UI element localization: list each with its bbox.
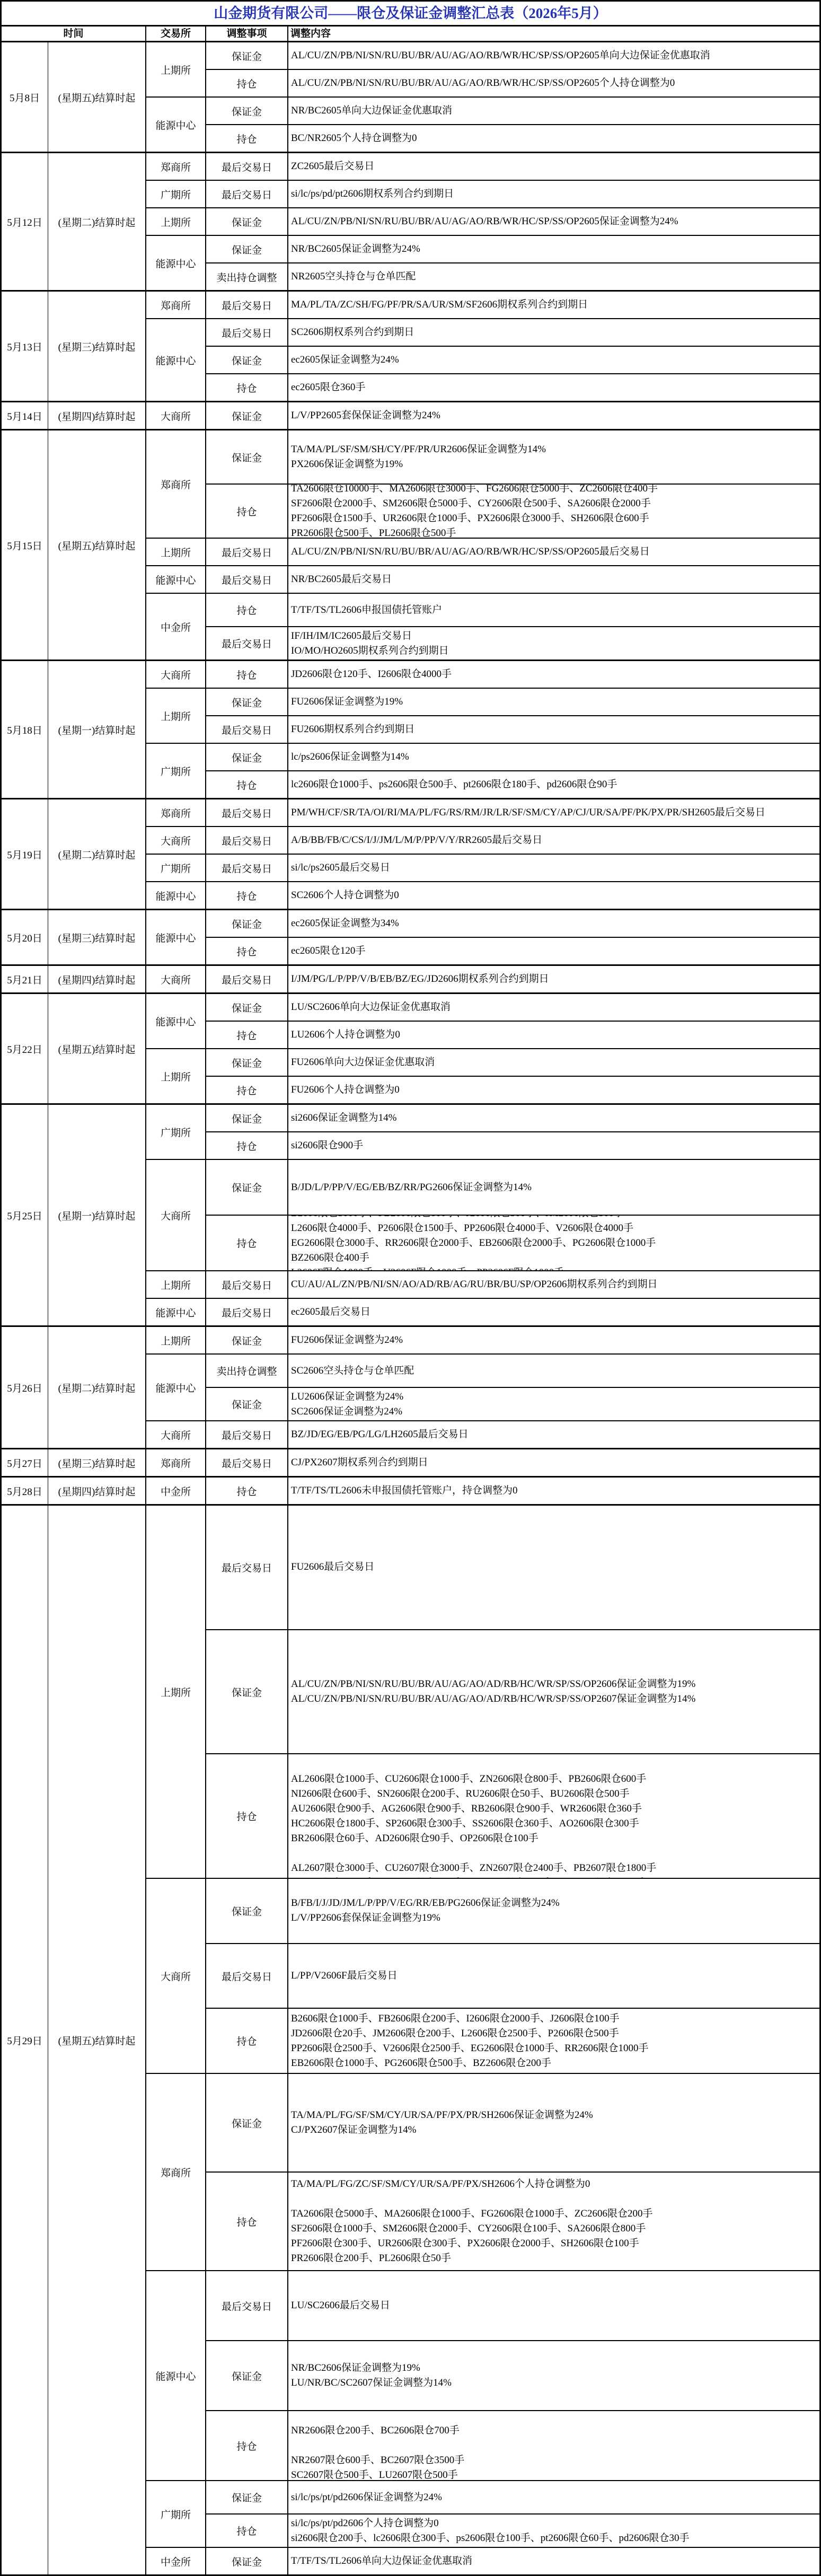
exchange-rows: 郑商所最后交易日PM/WH/CF/SR/TA/OI/RI/MA/PL/FG/RS… xyxy=(146,799,819,909)
date-group: 5月12日(星期二)结算时起郑商所最后交易日ZC2605最后交易日广期所最后交易… xyxy=(2,152,819,290)
item-rows: 持仓T/TF/TS/TL2606未申报国债托管账户，持仓调整为0 xyxy=(206,1478,819,1504)
content-line: SC2606个人持仓调整为0 xyxy=(291,888,817,903)
adjustment-row: 最后交易日FU2606期权系列合约到期日 xyxy=(206,715,819,743)
settlement-note-cell: (星期五)结算时起 xyxy=(48,430,146,660)
settlement-note-cell: (星期二)结算时起 xyxy=(48,1327,146,1448)
date-group: 5月18日(星期一)结算时起大商所持仓JD2606限仓120手、I2606限仓4… xyxy=(2,660,819,798)
adjustment-row: 持仓LU2606个人持仓调整为0 xyxy=(206,1021,819,1048)
date-group: 5月13日(星期三)结算时起郑商所最后交易日MA/PL/TA/ZC/SH/FG/… xyxy=(2,290,819,401)
adjustment-content-cell: AL/CU/ZN/PB/NI/SN/RU/BU/BR/AU/AG/AO/RB/W… xyxy=(288,208,819,235)
adjustment-item-cell: 保证金 xyxy=(206,689,288,715)
exchange-cell: 能源中心 xyxy=(146,2271,206,2480)
content-line: T/TF/TS/TL2606未申报国债托管账户，持仓调整为0 xyxy=(291,1483,817,1498)
adjustment-row: 持仓ec2605限仓360手 xyxy=(206,373,819,401)
exchange-row: 能源中心最后交易日SC2606期权系列合约到期日保证金ec2605保证金调整为2… xyxy=(146,318,819,401)
adjustment-item-cell: 最后交易日 xyxy=(206,855,288,881)
content-line xyxy=(291,1757,817,1772)
content-line: TA/MA/PL/FG/ZC/SF/SM/CY/UR/SA/PF/PX/SH26… xyxy=(291,2177,817,2192)
adjustment-content-cell: SC2606期权系列合约到期日 xyxy=(288,319,819,346)
content-line: NR/BC2606保证金调整为19% xyxy=(291,2361,817,2376)
date-group: 5月19日(星期二)结算时起郑商所最后交易日PM/WH/CF/SR/TA/OI/… xyxy=(2,798,819,909)
adjustment-item-cell: 持仓 xyxy=(206,2009,288,2073)
exchange-row: 上期所最后交易日CU/AU/AL/ZN/PB/NI/SN/AO/AD/RB/AG… xyxy=(146,1270,819,1298)
adjustment-content-cell: si/lc/ps/pt/pd2606个人持仓调整为0si2606限仓200手、l… xyxy=(288,2515,819,2547)
content-line: TA2606限仓10000手、MA2606限仓3000手、FG2606限仓500… xyxy=(291,485,817,496)
content-line: NR/BC2605最后交易日 xyxy=(291,572,817,587)
content-line: si2606保证金调整为14% xyxy=(291,1111,817,1126)
adjustment-row: 最后交易日NR/BC2605最后交易日 xyxy=(206,566,819,593)
content-line: ec2605保证金调整为24% xyxy=(291,353,817,367)
date-cell: 5月18日 xyxy=(2,661,48,798)
exchange-cell: 广期所 xyxy=(146,181,206,207)
adjustment-content-cell: L/V/PP2605套保保证金调整为24% xyxy=(288,402,819,429)
exchange-row: 能源中心保证金ec2605保证金调整为34%持仓ec2605限仓120手 xyxy=(146,910,819,964)
adjustment-item-cell: 最后交易日 xyxy=(206,319,288,346)
exchange-cell: 郑商所 xyxy=(146,1449,206,1476)
adjustment-content-cell: A/B/BB/FB/C/CS/I/J/JM/L/M/P/PP/V/Y/RR260… xyxy=(288,827,819,854)
item-rows: 最后交易日FU2606最后交易日保证金AL/CU/ZN/PB/NI/SN/RU/… xyxy=(206,1506,819,1878)
content-line: TA2606限仓5000手、MA2606限仓1000手、FG2606限仓1000… xyxy=(291,2206,817,2221)
content-line: FU2606保证金调整为24% xyxy=(291,1333,817,1348)
adjustment-item-cell: 最后交易日 xyxy=(206,566,288,593)
content-line: PP2606限仓2500手、V2606限仓2500手、EG2606限仓1000手… xyxy=(291,2041,817,2056)
adjustment-content-cell: NR/BC2605最后交易日 xyxy=(288,566,819,593)
adjustment-row: 保证金T/TF/TS/TL2606单向大边保证金优惠取消 xyxy=(206,2548,819,2574)
adjustment-row: 持仓TA2606限仓10000手、MA2606限仓3000手、FG2606限仓5… xyxy=(206,483,819,538)
exchange-row: 能源中心保证金NR/BC2605保证金调整为24%卖出持仓调整NR2605空头持… xyxy=(146,235,819,290)
adjustment-item-cell: 保证金 xyxy=(206,2481,288,2513)
adjustment-row: 保证金NR/BC2605单向大边保证金优惠取消 xyxy=(206,98,819,124)
exchange-cell: 大商所 xyxy=(146,966,206,992)
adjustment-item-cell: 卖出持仓调整 xyxy=(206,263,288,290)
content-line xyxy=(291,2173,817,2177)
content-line: PF2606限仓1500手、UR2606限仓1000手、PX2606限仓3000… xyxy=(291,511,817,526)
adjustment-row: 保证金NR/BC2605保证金调整为24% xyxy=(206,236,819,262)
content-line: EB2606限仓1000手、PG2606限仓500手、BZ2606限仓200手 xyxy=(291,2056,817,2071)
content-line xyxy=(291,2192,817,2206)
content-line: si/lc/ps/pt/pd2606个人持仓调整为0 xyxy=(291,2516,817,2531)
date-group: 5月20日(星期三)结算时起能源中心保证金ec2605保证金调整为34%持仓ec… xyxy=(2,909,819,964)
date-cell: 5月15日 xyxy=(2,430,48,660)
content-line: LU/NR/BC/SC2607保证金调整为14% xyxy=(291,2376,817,2390)
content-line: NR2606限仓200手、BC2606限仓700手 xyxy=(291,2423,817,2438)
adjustment-content-cell: ec2605限仓120手 xyxy=(288,938,819,964)
adjustment-content-cell: NR2605空头持仓与仓单匹配 xyxy=(288,263,819,290)
adjustment-content-cell: si/lc/ps2605最后交易日 xyxy=(288,855,819,881)
table-body: 5月8日(星期五)结算时起上期所保证金AL/CU/ZN/PB/NI/SN/RU/… xyxy=(2,42,819,2574)
exchange-rows: 能源中心保证金ec2605保证金调整为34%持仓ec2605限仓120手 xyxy=(146,910,819,964)
exchange-cell: 能源中心 xyxy=(146,98,206,152)
adjustment-content-cell: si2606保证金调整为14% xyxy=(288,1105,819,1131)
exchange-rows: 郑商所最后交易日MA/PL/TA/ZC/SH/FG/PF/PR/SA/UR/SM… xyxy=(146,292,819,401)
content-line xyxy=(291,1846,817,1861)
exchange-row: 郑商所最后交易日ZC2605最后交易日 xyxy=(146,153,819,180)
adjustment-item-cell: 最后交易日 xyxy=(206,716,288,743)
item-rows: 最后交易日SC2606期权系列合约到期日保证金ec2605保证金调整为24%持仓… xyxy=(206,319,819,401)
exchange-cell: 广期所 xyxy=(146,744,206,798)
item-rows: 最后交易日PM/WH/CF/SR/TA/OI/RI/MA/PL/FG/RS/RM… xyxy=(206,799,819,826)
exchange-row: 广期所最后交易日si/lc/ps2605最后交易日 xyxy=(146,854,819,881)
exchange-rows: 能源中心保证金LU/SC2606单向大边保证金优惠取消持仓LU2606个人持仓调… xyxy=(146,994,819,1103)
adjustment-content-cell: CJ/PX2607期权系列合约到期日 xyxy=(288,1449,819,1476)
adjustment-item-cell: 最后交易日 xyxy=(206,539,288,565)
adjustment-item-cell: 持仓 xyxy=(206,2411,288,2480)
adjustment-item-cell: 最后交易日 xyxy=(206,1271,288,1298)
adjustment-row: 持仓JD2606限仓120手、I2606限仓4000手 xyxy=(206,661,819,688)
adjustment-row: 最后交易日BZ/JD/EG/EB/PG/LG/LH2605最后交易日 xyxy=(206,1421,819,1448)
adjustment-row: 持仓SC2606个人持仓调整为0 xyxy=(206,882,819,909)
exchange-row: 大商所最后交易日I/JM/PG/L/P/PP/V/B/EB/BZ/EG/JD26… xyxy=(146,966,819,992)
adjustment-item-cell: 持仓 xyxy=(206,1077,288,1103)
adjustment-item-cell: 保证金 xyxy=(206,402,288,429)
content-line: CJ/PX2607期权系列合约到期日 xyxy=(291,1455,817,1470)
settlement-note-cell: (星期四)结算时起 xyxy=(48,402,146,429)
item-rows: 保证金AL/CU/ZN/PB/NI/SN/RU/BU/BR/AU/AG/AO/R… xyxy=(206,42,819,96)
adjustment-content-cell: BZ/JD/EG/EB/PG/LG/LH2605最后交易日 xyxy=(288,1421,819,1448)
exchange-row: 大商所保证金B/JD/L/P/PP/V/EG/EB/BZ/RR/PG2606保证… xyxy=(146,1159,819,1270)
adjustment-item-cell: 持仓 xyxy=(206,1216,288,1270)
adjustment-row: 保证金LU2606保证金调整为24%SC2606保证金调整为24% xyxy=(206,1387,819,1420)
content-line: CJ/PX2607保证金调整为14% xyxy=(291,2123,817,2138)
settlement-note-cell: (星期一)结算时起 xyxy=(48,1105,146,1325)
adjustment-row: 保证金ec2605保证金调整为34% xyxy=(206,910,819,937)
date-cell: 5月26日 xyxy=(2,1327,48,1448)
exchange-cell: 郑商所 xyxy=(146,292,206,318)
exchange-cell: 能源中心 xyxy=(146,994,206,1048)
content-line: SF2606限仓2000手、SM2606限仓5000手、CY2606限仓500手… xyxy=(291,496,817,511)
adjustment-content-cell: CU/AU/AL/ZN/PB/NI/SN/AO/AD/RB/AG/RU/BR/B… xyxy=(288,1271,819,1298)
content-line: ec2605限仓120手 xyxy=(291,944,817,959)
exchange-cell: 能源中心 xyxy=(146,910,206,964)
date-cell: 5月29日 xyxy=(2,1506,48,2574)
exchange-row: 郑商所最后交易日PM/WH/CF/SR/TA/OI/RI/MA/PL/FG/RS… xyxy=(146,799,819,826)
adjustment-row: 最后交易日MA/PL/TA/ZC/SH/FG/PF/PR/SA/UR/SM/SF… xyxy=(206,292,819,318)
exchange-row: 上期所最后交易日AL/CU/ZN/PB/NI/SN/RU/BU/BR/AU/AG… xyxy=(146,538,819,565)
adjustment-item-cell: 最后交易日 xyxy=(206,153,288,180)
settlement-note-cell: (星期二)结算时起 xyxy=(48,153,146,290)
date-cell: 5月8日 xyxy=(2,42,48,152)
date-cell: 5月27日 xyxy=(2,1449,48,1476)
content-line: ec2605保证金调整为34% xyxy=(291,916,817,931)
adjustment-row: 持仓FU2606个人持仓调整为0 xyxy=(206,1076,819,1103)
date-cell: 5月14日 xyxy=(2,402,48,429)
content-line: PX2606保证金调整为19% xyxy=(291,457,817,472)
content-line: EG2606限仓3000手、RR2606限仓2000手、EB2606限仓2000… xyxy=(291,1236,817,1251)
exchange-cell: 大商所 xyxy=(146,402,206,429)
adjustment-content-cell: lc2606限仓1000手、ps2606限仓500手、pt2606限仓180手、… xyxy=(288,771,819,798)
content-line: A/B/BB/FB/C/CS/I/J/JM/L/M/P/PP/V/Y/RR260… xyxy=(291,833,817,848)
date-group: 5月28日(星期四)结算时起中金所持仓T/TF/TS/TL2606未申报国债托管… xyxy=(2,1476,819,1504)
exchange-row: 中金所保证金T/TF/TS/TL2606单向大边保证金优惠取消 xyxy=(146,2547,819,2574)
adjustment-row: 保证金AL/CU/ZN/PB/NI/SN/RU/BU/BR/AU/AG/AO/R… xyxy=(206,42,819,69)
content-line: JD2606限仓120手、I2606限仓4000手 xyxy=(291,667,817,682)
adjustment-row: 最后交易日I/JM/PG/L/P/PP/V/B/EB/BZ/EG/JD2606期… xyxy=(206,966,819,992)
exchange-rows: 大商所最后交易日I/JM/PG/L/P/PP/V/B/EB/BZ/EG/JD26… xyxy=(146,966,819,992)
exchange-row: 上期所保证金FU2606单向大边保证金优惠取消持仓FU2606个人持仓调整为0 xyxy=(146,1048,819,1103)
adjustment-row: 持仓BC2606调整为5手的整倍数NR2606调整为10手的整倍数 NR2606… xyxy=(206,2410,819,2480)
item-rows: 保证金TA/MA/PL/FG/SF/SM/CY/UR/SA/PF/PX/PR/S… xyxy=(206,2074,819,2270)
adjustment-content-cell: lc/ps2606保证金调整为14% xyxy=(288,744,819,770)
adjustment-content-cell: B/FB/I/J/JD/JM/L/P/PP/V/EG/RR/EB/PG2606保… xyxy=(288,1879,819,1943)
exchange-row: 郑商所最后交易日MA/PL/TA/ZC/SH/FG/PF/PR/SA/UR/SM… xyxy=(146,292,819,318)
adjustment-content-cell: FU2606个人持仓调整为0 xyxy=(288,1077,819,1103)
content-line: TA/MA/PL/FG/SF/SM/CY/UR/SA/PF/PX/PR/SH26… xyxy=(291,2108,817,2123)
content-line: MA/PL/TA/ZC/SH/FG/PF/PR/SA/UR/SM/SF2606期… xyxy=(291,297,817,312)
adjustment-row: 最后交易日si/lc/ps2605最后交易日 xyxy=(206,855,819,881)
adjustment-row: 保证金AL/CU/ZN/PB/NI/SN/RU/BU/BR/AU/AG/AO/R… xyxy=(206,208,819,235)
adjustment-row: 持仓BC/NR2605个人持仓调整为0 xyxy=(206,124,819,152)
adjustment-item-cell: 持仓 xyxy=(206,1754,288,1878)
adjustment-content-cell: CY2606调整为6手整倍数，ZC2606调整为200手整倍数 TA/MA/PL… xyxy=(288,2173,819,2270)
adjustment-row: 持仓CY2606调整为6手整倍数，ZC2606调整为200手整倍数 TA/MA/… xyxy=(206,2171,819,2270)
exchange-cell: 能源中心 xyxy=(146,882,206,909)
adjustment-item-cell: 保证金 xyxy=(206,2548,288,2574)
content-line: lc/ps2606保证金调整为14% xyxy=(291,750,817,764)
adjustment-item-cell: 保证金 xyxy=(206,1879,288,1943)
adjustment-row: 卖出持仓调整NR2605空头持仓与仓单匹配 xyxy=(206,262,819,290)
adjustment-row: 最后交易日CU/AU/AL/ZN/PB/NI/SN/AO/AD/RB/AG/RU… xyxy=(206,1271,819,1298)
date-cell: 5月28日 xyxy=(2,1478,48,1504)
exchange-row: 能源中心保证金LU/SC2606单向大边保证金优惠取消持仓LU2606个人持仓调… xyxy=(146,994,819,1048)
date-group: 5月27日(星期三)结算时起郑商所最后交易日CJ/PX2607期权系列合约到期日 xyxy=(2,1448,819,1476)
adjustment-item-cell: 持仓 xyxy=(206,594,288,626)
adjustment-item-cell: 持仓 xyxy=(206,771,288,798)
item-rows: 保证金L/V/PP2605套保保证金调整为24% xyxy=(206,402,819,429)
adjustment-content-cell: T/TF/TS/TL2606单向大边保证金优惠取消 xyxy=(288,2548,819,2574)
content-line: NR2605空头持仓与仓单匹配 xyxy=(291,269,817,284)
settlement-note-cell: (星期一)结算时起 xyxy=(48,661,146,798)
exchange-row: 能源中心持仓SC2606个人持仓调整为0 xyxy=(146,881,819,909)
exchange-row: 能源中心卖出持仓调整SC2606空头持仓与仓单匹配保证金LU2606保证金调整为… xyxy=(146,1353,819,1420)
exchange-row: 大商所保证金B/FB/I/J/JD/JM/L/P/PP/V/EG/RR/EB/P… xyxy=(146,1878,819,2073)
content-line: LU2606个人持仓调整为0 xyxy=(291,1027,817,1042)
exchange-cell: 上期所 xyxy=(146,1506,206,1878)
adjustment-content-cell: ec2605保证金调整为34% xyxy=(288,910,819,937)
content-line: PR2606限仓500手、PL2606限仓500手 xyxy=(291,526,817,538)
date-cell: 5月19日 xyxy=(2,799,48,909)
column-header-content: 调整内容 xyxy=(288,27,819,41)
content-line: AL2607限仓3000手、CU2607限仓3000手、ZN2607限仓2400… xyxy=(291,1861,817,1876)
exchange-row: 能源中心保证金NR/BC2605单向大边保证金优惠取消持仓BC/NR2605个人… xyxy=(146,96,819,152)
content-line: IO/MO/HO2605期权系列合约到期日 xyxy=(291,644,817,658)
adjustment-content-cell: IF/IH/IM/IC2605最后交易日IO/MO/HO2605期权系列合约到期… xyxy=(288,627,819,660)
adjustment-row: 最后交易日FU2606最后交易日 xyxy=(206,1506,819,1629)
adjustment-row: 最后交易日ZC2605最后交易日 xyxy=(206,153,819,180)
adjustment-row: 最后交易日IF/IH/IM/IC2605最后交易日IO/MO/HO2605期权系… xyxy=(206,626,819,660)
adjustment-row: 保证金TA/MA/PL/FG/SF/SM/CY/UR/SA/PF/PX/PR/S… xyxy=(206,2074,819,2171)
adjustment-content-cell: AL/CU/ZN/PB/NI/SN/RU/BU/BR/AU/AG/AO/RB/W… xyxy=(288,539,819,565)
item-rows: 保证金si2606保证金调整为14%持仓si2606限仓900手 xyxy=(206,1105,819,1159)
settlement-note-cell: (星期四)结算时起 xyxy=(48,1478,146,1504)
adjustment-content-cell: si2606限仓900手 xyxy=(288,1132,819,1159)
content-line: SC2607限仓500手、LU2607限仓500手 xyxy=(291,2468,817,2480)
adjustment-row: 最后交易日si/lc/ps/pd/pt2606期权系列合约到期日 xyxy=(206,181,819,207)
adjustment-item-cell: 卖出持仓调整 xyxy=(206,1355,288,1387)
margin-adjustment-summary-table: 山金期货有限公司——限仓及保证金调整汇总表（2026年5月） 时间 交易所 调整… xyxy=(0,0,821,2576)
content-line: AL/CU/ZN/PB/NI/SN/RU/BU/BR/AU/AG/AO/RB/W… xyxy=(291,48,817,63)
exchange-row: 郑商所保证金TA/MA/PL/SF/SM/SH/CY/PF/PR/UR2606保… xyxy=(146,430,819,538)
adjustment-content-cell: FU2606保证金调整为19% xyxy=(288,689,819,715)
content-line: AL/CU/ZN/PB/NI/SN/RU/BU/BR/AU/AG/AO/RB/W… xyxy=(291,76,817,91)
exchange-cell: 大商所 xyxy=(146,1879,206,2073)
exchange-cell: 大商所 xyxy=(146,827,206,854)
adjustment-row: 保证金L/V/PP2605套保保证金调整为24% xyxy=(206,402,819,429)
adjustment-item-cell: 持仓 xyxy=(206,661,288,688)
exchange-cell: 中金所 xyxy=(146,594,206,660)
exchange-row: 中金所持仓T/TF/TS/TL2606未申报国债托管账户，持仓调整为0 xyxy=(146,1478,819,1504)
adjustment-content-cell: MA/PL/TA/ZC/SH/FG/PF/PR/SA/UR/SM/SF2606期… xyxy=(288,292,819,318)
content-line: AL/CU/ZN/PB/NI/SN/RU/BU/BR/AU/AG/AO/RB/W… xyxy=(291,544,817,559)
exchange-cell: 能源中心 xyxy=(146,236,206,290)
content-line: FU2606保证金调整为19% xyxy=(291,694,817,709)
exchange-row: 能源中心最后交易日ec2605最后交易日 xyxy=(146,1298,819,1325)
exchange-cell: 上期所 xyxy=(146,1049,206,1103)
content-line: FU2606个人持仓调整为0 xyxy=(291,1083,817,1097)
exchange-row: 上期所保证金AL/CU/ZN/PB/NI/SN/RU/BU/BR/AU/AG/A… xyxy=(146,207,819,235)
adjustment-item-cell: 持仓 xyxy=(206,882,288,909)
adjustment-content-cell: B2606限仓3000手、FB2606限仓800手、J2606限仓300手、JM… xyxy=(288,1216,819,1270)
adjustment-content-cell: B/FB/I/J/JD/JM/L/P/PP/V/EG/RR/EB/PG2606个… xyxy=(288,2009,819,2073)
date-cell: 5月25日 xyxy=(2,1105,48,1325)
item-rows: 最后交易日ZC2605最后交易日 xyxy=(206,153,819,180)
exchange-row: 大商所保证金L/V/PP2605套保保证金调整为24% xyxy=(146,402,819,429)
content-line: BC/NR2605个人持仓调整为0 xyxy=(291,131,817,146)
item-rows: 最后交易日A/B/BB/FB/C/CS/I/J/JM/L/M/P/PP/V/Y/… xyxy=(206,827,819,854)
date-cell: 5月20日 xyxy=(2,910,48,964)
date-group: 5月15日(星期五)结算时起郑商所保证金TA/MA/PL/SF/SM/SH/CY… xyxy=(2,429,819,660)
exchange-cell: 郑商所 xyxy=(146,153,206,180)
item-rows: 保证金FU2606保证金调整为24% xyxy=(206,1327,819,1353)
adjustment-row: 保证金B/FB/I/J/JD/JM/L/P/PP/V/EG/RR/EB/PG26… xyxy=(206,1879,819,1943)
adjustment-content-cell: I/JM/PG/L/P/PP/V/B/EB/BZ/EG/JD2606期权系列合约… xyxy=(288,966,819,992)
date-group: 5月22日(星期五)结算时起能源中心保证金LU/SC2606单向大边保证金优惠取… xyxy=(2,992,819,1103)
adjustment-row: 最后交易日A/B/BB/FB/C/CS/I/J/JM/L/M/P/PP/V/Y/… xyxy=(206,827,819,854)
content-line: AL/CU/ZN/PB/NI/SN/RU/BU/BR/AU/AG/AO/AD/R… xyxy=(291,1677,817,1692)
settlement-note-cell: (星期五)结算时起 xyxy=(48,994,146,1103)
content-line: si2606限仓900手 xyxy=(291,1138,817,1153)
item-rows: 保证金FU2606单向大边保证金优惠取消持仓FU2606个人持仓调整为0 xyxy=(206,1049,819,1103)
adjustment-content-cell: si/lc/ps/pd/pt2606期权系列合约到期日 xyxy=(288,181,819,207)
exchange-rows: 上期所最后交易日FU2606最后交易日保证金AL/CU/ZN/PB/NI/SN/… xyxy=(146,1506,819,2574)
adjustment-item-cell: 最后交易日 xyxy=(206,1944,288,2008)
content-line: SC2606期权系列合约到期日 xyxy=(291,325,817,340)
adjustment-item-cell: 持仓 xyxy=(206,1478,288,1504)
item-rows: 保证金TA/MA/PL/SF/SM/SH/CY/PF/PR/UR2606保证金调… xyxy=(206,430,819,538)
settlement-note-cell: (星期五)结算时起 xyxy=(48,42,146,152)
adjustment-row: 保证金ec2605保证金调整为24% xyxy=(206,346,819,373)
adjustment-item-cell: 保证金 xyxy=(206,1049,288,1076)
adjustment-content-cell: LU2606保证金调整为24%SC2606保证金调整为24% xyxy=(288,1388,819,1420)
exchange-row: 上期所保证金FU2606保证金调整为24% xyxy=(146,1327,819,1353)
adjustment-content-cell: ec2605限仓360手 xyxy=(288,374,819,401)
adjustment-row: 保证金si/lc/ps/pt/pd2606保证金调整为24% xyxy=(206,2481,819,2513)
content-line: BZ/JD/EG/EB/PG/LG/LH2605最后交易日 xyxy=(291,1427,817,1442)
item-rows: 最后交易日CJ/PX2607期权系列合约到期日 xyxy=(206,1449,819,1476)
adjustment-item-cell: 保证金 xyxy=(206,236,288,262)
adjustment-item-cell: 持仓 xyxy=(206,70,288,96)
exchange-cell: 郑商所 xyxy=(146,430,206,538)
item-rows: 最后交易日CU/AU/AL/ZN/PB/NI/SN/AO/AD/RB/AG/RU… xyxy=(206,1271,819,1298)
adjustment-item-cell: 持仓 xyxy=(206,2173,288,2270)
exchange-rows: 上期所保证金FU2606保证金调整为24%能源中心卖出持仓调整SC2606空头持… xyxy=(146,1327,819,1448)
content-line: ec2605最后交易日 xyxy=(291,1305,817,1320)
exchange-row: 广期所保证金si/lc/ps/pt/pd2606保证金调整为24%持仓si/lc… xyxy=(146,2480,819,2547)
adjustment-item-cell: 保证金 xyxy=(206,1388,288,1420)
item-rows: 最后交易日si/lc/ps/pd/pt2606期权系列合约到期日 xyxy=(206,181,819,207)
adjustment-item-cell: 保证金 xyxy=(206,42,288,69)
adjustment-row: 最后交易日AL/CU/ZN/PB/NI/SN/RU/BU/BR/AU/AG/AO… xyxy=(206,539,819,565)
item-rows: 保证金NR/BC2605保证金调整为24%卖出持仓调整NR2605空头持仓与仓单… xyxy=(206,236,819,290)
exchange-cell: 大商所 xyxy=(146,1160,206,1270)
content-line: NR/BC2605保证金调整为24% xyxy=(291,242,817,257)
content-line: L/V/PP2606套保保证金调整为19% xyxy=(291,1911,817,1926)
adjustment-row: 持仓B2606限仓3000手、FB2606限仓800手、J2606限仓300手、… xyxy=(206,1215,819,1270)
content-line: NI2606限仓600手、SN2606限仓200手、RU2606限仓50手、BU… xyxy=(291,1787,817,1801)
adjustment-row: 保证金si2606保证金调整为14% xyxy=(206,1105,819,1131)
item-rows: 保证金NR/BC2605单向大边保证金优惠取消持仓BC/NR2605个人持仓调整… xyxy=(206,98,819,152)
item-rows: 保证金AL/CU/ZN/PB/NI/SN/RU/BU/BR/AU/AG/AO/R… xyxy=(206,208,819,235)
exchange-row: 大商所持仓JD2606限仓120手、I2606限仓4000手 xyxy=(146,661,819,688)
adjustment-item-cell: 最后交易日 xyxy=(206,181,288,207)
content-line: BR2606限仓60手、AD2606限仓90手、OP2606限仓100手 xyxy=(291,1831,817,1846)
adjustment-row: 保证金TA/MA/PL/SF/SM/SH/CY/PF/PR/UR2606保证金调… xyxy=(206,430,819,483)
item-rows: 最后交易日ec2605最后交易日 xyxy=(206,1299,819,1325)
content-line: HC2606限仓1800手、SP2606限仓300手、SS2606限仓360手、… xyxy=(291,1816,817,1831)
content-line: L/V/PP2605套保保证金调整为24% xyxy=(291,408,817,423)
adjustment-item-cell: 保证金 xyxy=(206,2074,288,2171)
content-line: AL2606限仓1000手、CU2606限仓1000手、ZN2606限仓800手… xyxy=(291,1772,817,1787)
exchange-row: 中金所持仓T/TF/TS/TL2606申报国债托管账户最后交易日IF/IH/IM… xyxy=(146,593,819,660)
adjustment-row: 保证金B/JD/L/P/PP/V/EG/EB/BZ/RR/PG2606保证金调整… xyxy=(206,1160,819,1215)
content-line: NR2607限仓600手、BC2607限仓3500手 xyxy=(291,2453,817,2468)
date-group: 5月8日(星期五)结算时起上期所保证金AL/CU/ZN/PB/NI/SN/RU/… xyxy=(2,42,819,152)
adjustment-row: 保证金LU/SC2606单向大边保证金优惠取消 xyxy=(206,994,819,1021)
exchange-cell: 上期所 xyxy=(146,208,206,235)
item-rows: 最后交易日LU/SC2606最后交易日保证金NR/BC2606保证金调整为19%… xyxy=(206,2271,819,2480)
exchange-cell: 能源中心 xyxy=(146,1355,206,1420)
adjustment-row: 持仓si/lc/ps/pt/pd2606个人持仓调整为0si2606限仓200手… xyxy=(206,2513,819,2547)
adjustment-item-cell: 持仓 xyxy=(206,485,288,538)
content-line: FU2606单向大边保证金优惠取消 xyxy=(291,1055,817,1070)
adjustment-row: 保证金lc/ps2606保证金调整为14% xyxy=(206,744,819,770)
adjustment-content-cell: LU/SC2606最后交易日 xyxy=(288,2271,819,2340)
item-rows: 保证金B/FB/I/J/JD/JM/L/P/PP/V/EG/RR/EB/PG26… xyxy=(206,1879,819,2073)
adjustment-item-cell: 持仓 xyxy=(206,1022,288,1048)
exchange-rows: 上期所保证金AL/CU/ZN/PB/NI/SN/RU/BU/BR/AU/AG/A… xyxy=(146,42,819,152)
date-cell: 5月12日 xyxy=(2,153,48,290)
content-line: CU/AU/AL/ZN/PB/NI/SN/AO/AD/RB/AG/RU/BR/B… xyxy=(291,1277,817,1292)
content-line xyxy=(291,2266,817,2270)
adjustment-content-cell: BC/NR2605个人持仓调整为0 xyxy=(288,125,819,152)
exchange-cell: 广期所 xyxy=(146,855,206,881)
content-line: I/JM/PG/L/P/PP/V/B/EB/BZ/EG/JD2606期权系列合约… xyxy=(291,972,817,987)
exchange-cell: 广期所 xyxy=(146,1105,206,1159)
exchange-cell: 能源中心 xyxy=(146,319,206,401)
adjustment-content-cell: si/lc/ps/pt/pd2606保证金调整为24% xyxy=(288,2481,819,2513)
item-rows: 持仓T/TF/TS/TL2606申报国债托管账户最后交易日IF/IH/IM/IC… xyxy=(206,594,819,660)
adjustment-content-cell: SC2606个人持仓调整为0 xyxy=(288,882,819,909)
exchange-cell: 郑商所 xyxy=(146,2074,206,2270)
adjustment-content-cell: NR/BC2605单向大边保证金优惠取消 xyxy=(288,98,819,124)
content-line: L2606F限仓1000手、V2606F限仓1000手、PP2606F限仓100… xyxy=(291,1265,817,1271)
adjustment-item-cell: 保证金 xyxy=(206,910,288,937)
adjustment-item-cell: 保证金 xyxy=(206,347,288,373)
adjustment-row: 最后交易日SC2606期权系列合约到期日 xyxy=(206,319,819,346)
content-line: ec2605限仓360手 xyxy=(291,380,817,395)
exchange-rows: 郑商所最后交易日CJ/PX2607期权系列合约到期日 xyxy=(146,1449,819,1476)
adjustment-item-cell: 保证金 xyxy=(206,994,288,1021)
content-line: FU2606最后交易日 xyxy=(291,1560,817,1575)
